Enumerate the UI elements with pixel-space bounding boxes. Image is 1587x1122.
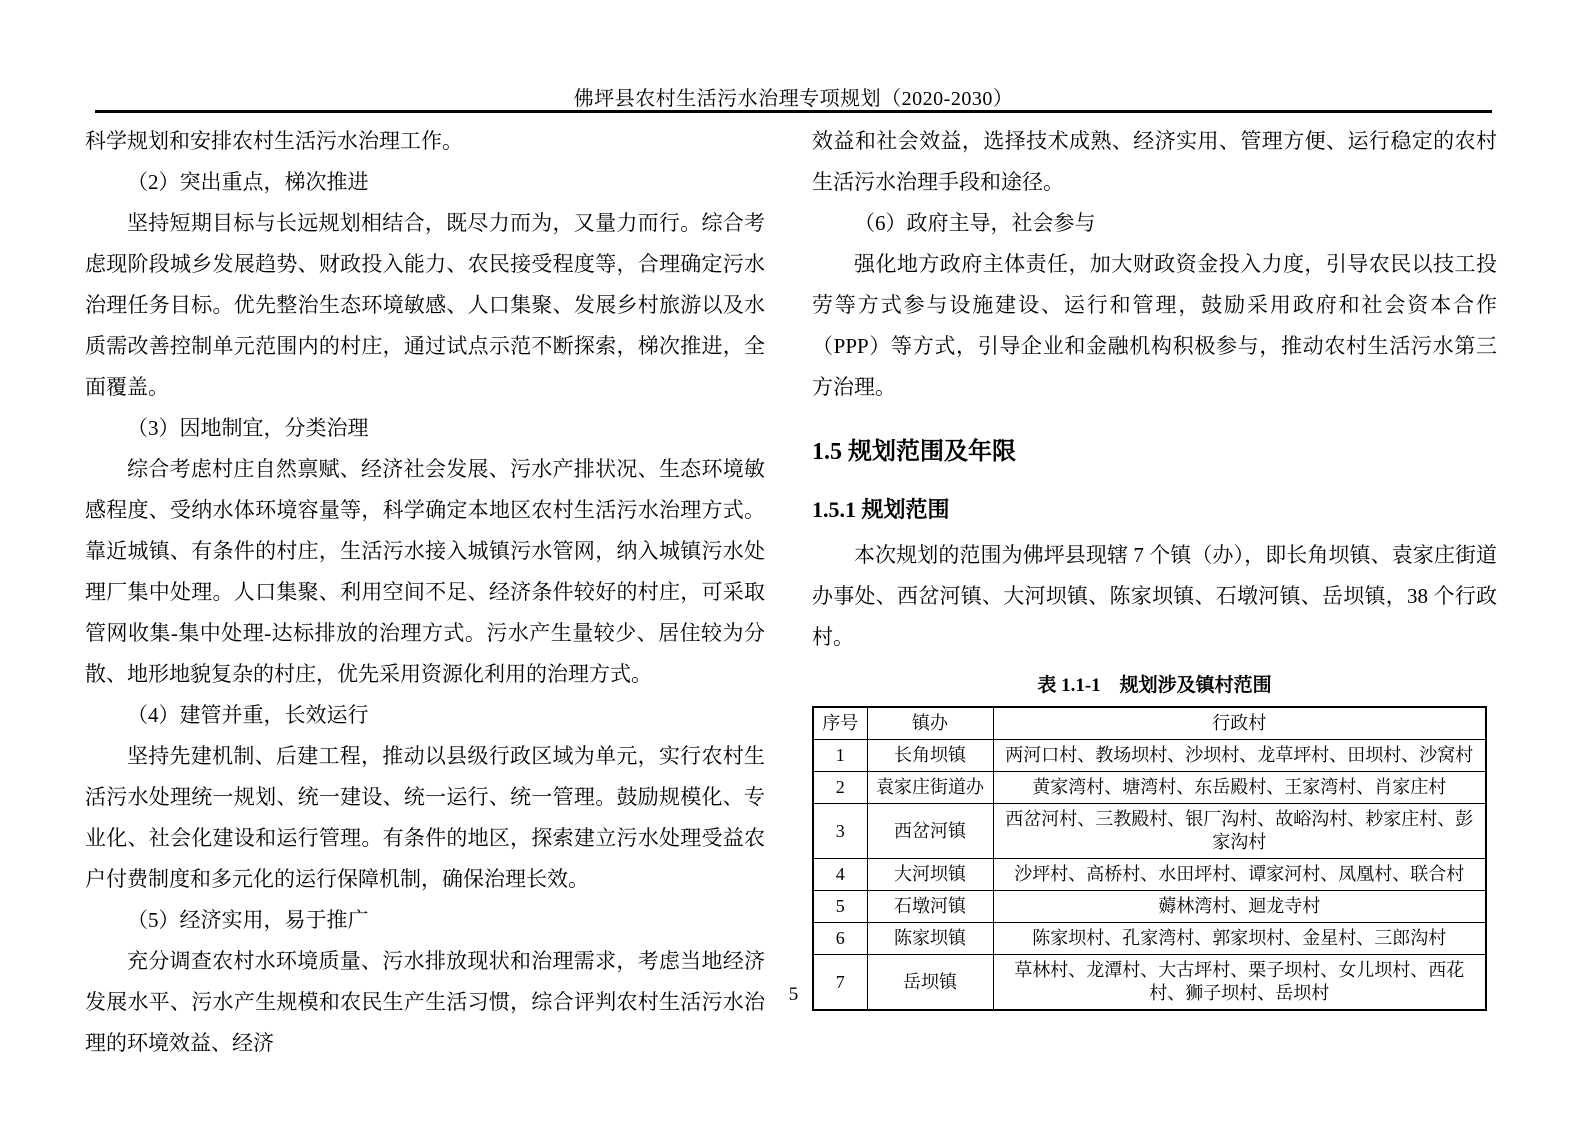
paragraph-continued: 效益和社会效益，选择技术成熟、经济实用、管理方便、运行稳定的农村生活污水治理手段… <box>812 121 1497 203</box>
cell-no: 1 <box>813 740 867 772</box>
town-village-table: 序号 镇办 行政村 1 长角坝镇 两河口村、教场坝村、沙坝村、龙草坪村、田坝村、… <box>812 706 1487 1011</box>
paragraph: 坚持先建机制、后建工程，推动以县级行政区域为单元，实行农村生活污水处理统一规划、… <box>85 736 765 900</box>
cell-no: 5 <box>813 891 867 923</box>
cell-town: 陈家坝镇 <box>867 923 993 955</box>
paragraph: 坚持短期目标与长远规划相结合，既尽力而为，又量力而行。综合考虑现阶段城乡发展趋势… <box>85 203 765 408</box>
table-row: 2 袁家庄街道办 黄家湾村、塘湾村、东岳殿村、王家湾村、肖家庄村 <box>813 772 1486 804</box>
page-number: 5 <box>0 984 1587 1006</box>
col-header-villages: 行政村 <box>993 707 1486 740</box>
col-header-town: 镇办 <box>867 707 993 740</box>
cell-villages: 黄家湾村、塘湾村、东岳殿村、王家湾村、肖家庄村 <box>993 772 1486 804</box>
document-page: 佛坪县农村生活污水治理专项规划（2020-2030） 科学规划和安排农村生活污水… <box>0 0 1587 1122</box>
table-row: 5 石墩河镇 薅林湾村、迴龙寺村 <box>813 891 1486 923</box>
right-column: 效益和社会效益，选择技术成熟、经济实用、管理方便、运行稳定的农村生活污水治理手段… <box>812 121 1497 1064</box>
cell-villages: 两河口村、教场坝村、沙坝村、龙草坪村、田坝村、沙窝村 <box>993 740 1486 772</box>
subpoint-heading-5: （5）经济实用，易于推广 <box>85 900 765 941</box>
subpoint-heading-2: （2）突出重点，梯次推进 <box>85 162 765 203</box>
paragraph-continued: 科学规划和安排农村生活污水治理工作。 <box>85 121 765 162</box>
table-row: 4 大河坝镇 沙坪村、高桥村、水田坪村、谭家河村、凤凰村、联合村 <box>813 859 1486 891</box>
table-row: 3 西岔河镇 西岔河村、三教殿村、银厂沟村、故峪沟村、耖家庄村、彭家沟村 <box>813 804 1486 859</box>
paragraph: 综合考虑村庄自然禀赋、经济社会发展、污水产排状况、生态环境敏感程度、受纳水体环境… <box>85 449 765 695</box>
cell-town: 长角坝镇 <box>867 740 993 772</box>
cell-town: 袁家庄街道办 <box>867 772 993 804</box>
section-heading-1-5: 1.5 规划范围及年限 <box>812 435 1497 469</box>
cell-town: 大河坝镇 <box>867 859 993 891</box>
subpoint-heading-4: （4）建管并重，长效运行 <box>85 695 765 736</box>
cell-no: 2 <box>813 772 867 804</box>
cell-villages: 西岔河村、三教殿村、银厂沟村、故峪沟村、耖家庄村、彭家沟村 <box>993 804 1486 859</box>
cell-no: 4 <box>813 859 867 891</box>
subpoint-heading-6: （6）政府主导，社会参与 <box>812 203 1497 244</box>
cell-villages: 薅林湾村、迴龙寺村 <box>993 891 1486 923</box>
table-caption: 表 1.1-1 规划涉及镇村范围 <box>812 673 1497 699</box>
subsection-heading-1-5-1: 1.5.1 规划范围 <box>812 494 1497 526</box>
paragraph: 强化地方政府主体责任，加大财政资金投入力度，引导农民以技工投劳等方式参与设施建设… <box>812 244 1497 408</box>
cell-town: 石墩河镇 <box>867 891 993 923</box>
cell-town: 西岔河镇 <box>867 804 993 859</box>
table-row: 6 陈家坝镇 陈家坝村、孔家湾村、郭家坝村、金星村、三郎沟村 <box>813 923 1486 955</box>
cell-villages: 陈家坝村、孔家湾村、郭家坝村、金星村、三郎沟村 <box>993 923 1486 955</box>
table-header-row: 序号 镇办 行政村 <box>813 707 1486 740</box>
cell-villages: 沙坪村、高桥村、水田坪村、谭家河村、凤凰村、联合村 <box>993 859 1486 891</box>
page-header-title: 佛坪县农村生活污水治理专项规划（2020-2030） <box>0 82 1587 111</box>
content-columns: 科学规划和安排农村生活污水治理工作。 （2）突出重点，梯次推进 坚持短期目标与长… <box>85 121 1497 1064</box>
planning-scope-paragraph: 本次规划的范围为佛坪县现辖 7 个镇（办），即长角坝镇、袁家庄街道办事处、西岔河… <box>812 535 1497 658</box>
cell-no: 6 <box>813 923 867 955</box>
col-header-no: 序号 <box>813 707 867 740</box>
table-row: 1 长角坝镇 两河口村、教场坝村、沙坝村、龙草坪村、田坝村、沙窝村 <box>813 740 1486 772</box>
header-rule <box>95 110 1492 113</box>
subpoint-heading-3: （3）因地制宜，分类治理 <box>85 408 765 449</box>
cell-no: 3 <box>813 804 867 859</box>
left-column: 科学规划和安排农村生活污水治理工作。 （2）突出重点，梯次推进 坚持短期目标与长… <box>85 121 765 1064</box>
